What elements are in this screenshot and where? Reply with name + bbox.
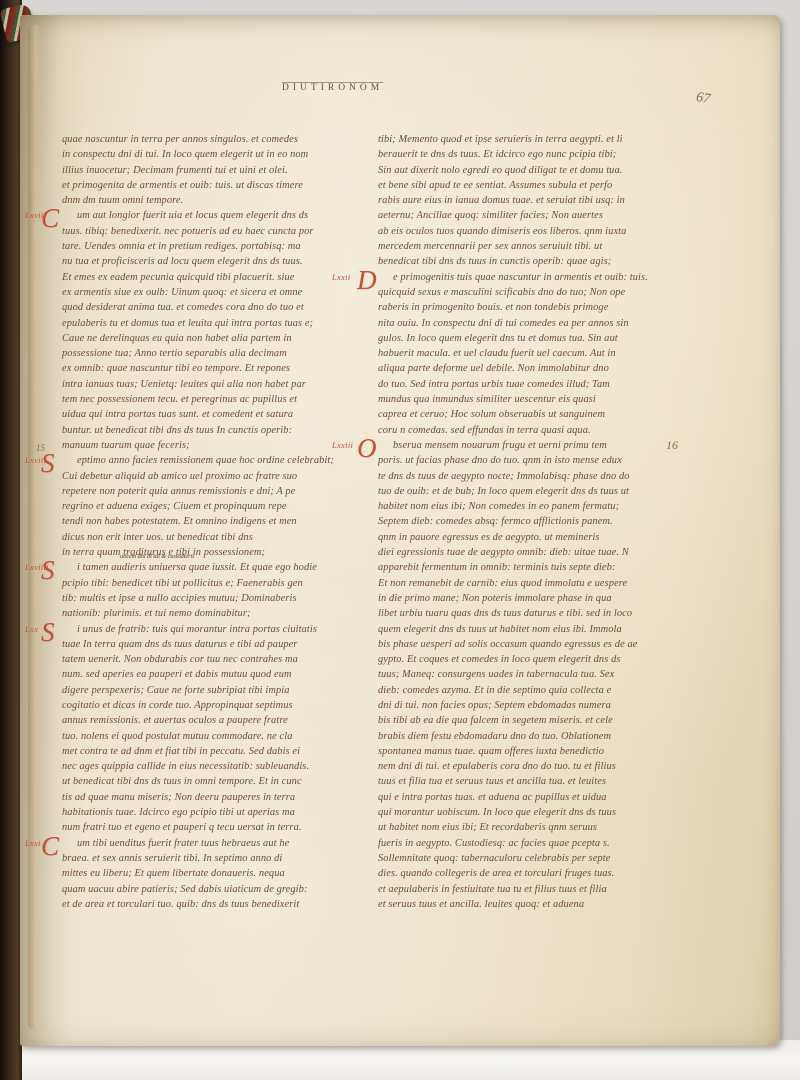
text-line: quae nascuntur in terra per annos singul…	[62, 132, 370, 147]
text-line: quam uacuu abire patieris; Sed dabis uia…	[62, 882, 370, 897]
text-line: in conspectu dni di tui. In loco quem el…	[62, 147, 370, 162]
text-line: do tuo. Sed intra portas urbis tuae come…	[378, 377, 692, 392]
text-block: quae nascuntur in terra per annos singul…	[62, 132, 370, 208]
text-line: nu tua et proficisceris ad locu quem ele…	[62, 254, 370, 269]
text-line: buntur. ut benedicat tibi dns ds tuus In…	[62, 423, 370, 438]
text-line: brabis diem festu ebdomadaru dno do tuo.…	[378, 729, 692, 744]
text-line: gulos. In loco quem elegerit dns tu et d…	[378, 331, 692, 346]
text-line: regrino et aduena exiges; Ciuem et propi…	[62, 499, 370, 514]
text-line: qnm in pauore egressus es de aegypto. ut…	[378, 530, 692, 545]
text-line: tuo de ouib: et de bub; In loco quem ele…	[378, 484, 692, 499]
chapter-numeral: Lxxii	[332, 272, 351, 282]
text-line: benedicat tibi dns ds tuus in cunctis op…	[378, 254, 692, 269]
book-binding	[0, 0, 22, 1080]
text-line: apparebit fermentum in omnib: terminis t…	[378, 560, 692, 575]
text-line: num fratri tuo et egeno et pauperi q tec…	[62, 820, 370, 835]
rubric-initial: S	[41, 557, 55, 584]
text-line: dies. quando collegeris de area et torcu…	[378, 866, 692, 881]
text-line: eptimo anno facies remissionem quae hoc …	[62, 453, 370, 468]
text-line: dicus non erit inter uos. ut benedicat t…	[62, 530, 370, 545]
text-block: LxxiiiO16bserua mensem nouarum frugu et …	[378, 438, 692, 912]
text-line: in die primo mane; Non poteris immolare …	[378, 591, 692, 606]
text-line: coru n comedas. sed effundas in terra qu…	[378, 423, 692, 438]
chapter-numeral: Lxx	[25, 624, 38, 634]
text-line: et primogenita de armentis et ouib: tuis…	[62, 178, 370, 193]
text-line: Sin aut dixerit nolo egredi eo quod dili…	[378, 163, 692, 178]
text-line: quicquid sexus e masculini scificabis dn…	[378, 285, 692, 300]
text-line: possessione tua; Anno tertio separabis a…	[62, 346, 370, 361]
rubric-initial: O	[357, 435, 377, 462]
text-line: tuus. tibiq: benedixerit. nec potueris a…	[62, 224, 370, 239]
pages-edge-bottom	[10, 1040, 800, 1080]
right-text-column: tibi; Memento quod et ipse seruieris in …	[378, 132, 692, 912]
text-block: LxxiCum tibi uenditus fuerit frater tuus…	[62, 836, 370, 912]
text-line: gypto. Et coques et comedes in loco quem…	[378, 652, 692, 667]
text-line: cogitatio et dicas in corde tuo. Appropi…	[62, 698, 370, 713]
text-line: tuus; Maneq: consurgens uades in taberna…	[378, 667, 692, 682]
text-line: quem elegerit dns ds tuus ut habitet nom…	[378, 622, 692, 637]
text-line: poris. ut facias phase dno do tuo. qnm i…	[378, 453, 692, 468]
text-line: num. sed aperies ea pauperi et dabis mut…	[62, 667, 370, 682]
text-line: tuo. nolens ei quod postulat mutuu commo…	[62, 729, 370, 744]
text-line: nita ouiu. In conspectu dni di tui comed…	[378, 316, 692, 331]
text-line: epulaberis tu et domus tua et leuita qui…	[62, 316, 370, 331]
text-line: Caue ne derelinquas eu quia non habet al…	[62, 331, 370, 346]
rubric-initial: D	[357, 267, 377, 294]
text-line: habitationis tuae. Idcirco ego pcipio ti…	[62, 805, 370, 820]
text-line: et bene sibi apud te ee sentiat. Assumes…	[378, 178, 692, 193]
text-line: diei egressionis tuae de aegypto omnib: …	[378, 545, 692, 560]
text-line: uidua qui intra portas tuas sunt. et com…	[62, 407, 370, 422]
text-line: tuus et filia tua et seruus tuus et anci…	[378, 774, 692, 789]
folio-number: 67	[695, 90, 712, 108]
text-line: dnm dm tuum omni tempore.	[62, 193, 370, 208]
text-line: mittes eu liberu; Et quem libertate dona…	[62, 866, 370, 881]
text-line: um tibi uenditus fuerit frater tuus hebr…	[62, 836, 370, 851]
text-line: manuum tuarum quae feceris;	[62, 438, 370, 453]
text-line: te dns ds tuus de aegypto nocte; Immolab…	[378, 469, 692, 484]
manuscript-photo: DIUTIRONOM 67 quae nascuntur in terra pe…	[0, 0, 800, 1080]
text-line: nationib: plurimis. et tui nemo dominabi…	[62, 606, 370, 621]
chapter-numeral: Lxxi	[25, 838, 41, 848]
text-line: spontanea manus tuae. quam offeres iuxta…	[378, 744, 692, 759]
text-line: tatem uenerit. Non obdurabis cor tuu nec…	[62, 652, 370, 667]
text-block: tibi; Memento quod et ipse seruieris in …	[378, 132, 692, 270]
text-line: tendi non habes potestatem. Et omnino in…	[62, 514, 370, 529]
text-line: qui e intra portas tuas. et aduena ac pu…	[378, 790, 692, 805]
text-line: et de area et torculari tuo. quib: dns d…	[62, 897, 370, 912]
text-line: repetere non poterit quia annus remissio…	[62, 484, 370, 499]
text-line: Et emes ex eadem pecunia quicquid tibi p…	[62, 270, 370, 285]
text-line: tuae In terra quam dns ds tuus daturus e…	[62, 637, 370, 652]
text-line: Cui debetur aliquid ab amico uel proximo…	[62, 469, 370, 484]
running-title: DIUTIRONOM	[282, 83, 383, 93]
text-line: Et non remanebit de carnib: eius quod im…	[378, 576, 692, 591]
text-line: raberis in primogenito bouis. et non ton…	[378, 300, 692, 315]
text-line: mundus qua inmundus similiter uescentur …	[378, 392, 692, 407]
manuscript-page: DIUTIRONOM 67 quae nascuntur in terra pe…	[20, 15, 780, 1046]
text-line: bis phase uesperi ad solis occasum quand…	[378, 637, 692, 652]
text-line: caprea et ceruo; Hoc solum obseruabis ut…	[378, 407, 692, 422]
text-line: bserua mensem nouarum frugu et uerni pri…	[378, 438, 692, 453]
text-line: Sollemnitate quoq: tabernaculoru celebra…	[378, 851, 692, 866]
text-block: LxviiiiSuocem dni di tui & custodierisi …	[62, 560, 370, 621]
text-line: nec ages quippia callide in eius necessi…	[62, 759, 370, 774]
text-line: mercedem mercennarii per sex annos serui…	[378, 239, 692, 254]
text-line: ex omnib: quae nascuntur tibi eo tempore…	[62, 361, 370, 376]
text-line: ab eis oculos tuos quando dimiseris eos …	[378, 224, 692, 239]
interlinear-gloss: uocem dni di tui & custodieris	[120, 553, 195, 560]
text-line: nem dni di tui. et epulaberis cora dno d…	[378, 759, 692, 774]
text-line: tare. Uendes omnia et in pretium rediges…	[62, 239, 370, 254]
text-block: LxxiiDe primogenitis tuis quae nascuntur…	[378, 270, 692, 438]
text-line: um aut longior fuerit uia et locus quem …	[62, 208, 370, 223]
chapter-number-annotation: 16	[666, 438, 678, 453]
text-line: met contra te ad dnm et fiat tibi in pec…	[62, 744, 370, 759]
rubric-initial: C	[41, 205, 59, 232]
text-line: tib: multis et ipse a nullo accipies mut…	[62, 591, 370, 606]
text-line: i unus de fratrib: tuis qui morantur int…	[62, 622, 370, 637]
rubric-initial: S	[41, 450, 55, 477]
text-line: fueris in aegypto. Custodiesq: ac facies…	[378, 836, 692, 851]
text-line: intra ianuas tuas; Uenietq: leuites qui …	[62, 377, 370, 392]
text-line: ut benedicat tibi dns ds tuus in omni te…	[62, 774, 370, 789]
rubric-initial: S	[41, 619, 55, 646]
text-line: quod desiderat anima tua. et comedes cor…	[62, 300, 370, 315]
text-line: in terra quam traditurus e tibi in posse…	[62, 545, 370, 560]
text-line: tem nec possessionem tecu. et peregrinus…	[62, 392, 370, 407]
text-line: pcipio tibi: benedicet tibi ut pollicitu…	[62, 576, 370, 591]
text-line: i tamen audieris uniuersa quae iussit. E…	[62, 560, 370, 575]
text-line: habitet nom eius ibi; Non comedes in eo …	[378, 499, 692, 514]
rubric-initial: C	[41, 833, 59, 860]
text-line: rabis aure eius in ianua domus tuae. et …	[378, 193, 692, 208]
text-line: annus remissionis. et auertas oculos a p…	[62, 713, 370, 728]
text-line: braea. et sex annis seruierit tibi. In s…	[62, 851, 370, 866]
text-line: libet urbiu tuaru quas dns ds tuus datur…	[378, 606, 692, 621]
text-line: aeternu; Ancillae quoq: similiter facies…	[378, 208, 692, 223]
text-line: et seruus tuus et ancilla. leuites quoq:…	[378, 897, 692, 912]
text-line: tibi; Memento quod et ipse seruieris in …	[378, 132, 692, 147]
text-line: e primogenitis tuis quae nascuntur in ar…	[378, 270, 692, 285]
text-line: et aepulaberis in festiuitate tua tu et …	[378, 882, 692, 897]
text-line: ex armentis siue ex ouib: Uinum quoq: et…	[62, 285, 370, 300]
text-line: tis ad quae manu miseris; Non deeru paup…	[62, 790, 370, 805]
text-line: qui morantur uobiscum. In loco que elege…	[378, 805, 692, 820]
text-line: digere perspexeris; Caue ne forte subrip…	[62, 683, 370, 698]
text-line: Septem dieb: comedes absq: fermco afflic…	[378, 514, 692, 529]
text-line: ut habitet nom eius ibi; Et recordaberis…	[378, 820, 692, 835]
text-block: Lxviii15Septimo anno facies remissionem …	[62, 453, 370, 560]
text-block: LxviiCum aut longior fuerit uia et locus…	[62, 208, 370, 453]
text-line: illius inuocetur; Decimam frumenti tui e…	[62, 163, 370, 178]
text-line: bis tibi ab ea die qua falcem in segetem…	[378, 713, 692, 728]
gutter-fold	[28, 25, 42, 1030]
text-block: LxxSi unus de fratrib: tuis qui morantur…	[62, 622, 370, 836]
text-line: habuerit macula. et uel claudu fuerit ue…	[378, 346, 692, 361]
text-line: aliqua parte deforme uel debile. Non imm…	[378, 361, 692, 376]
left-text-column: quae nascuntur in terra per annos singul…	[62, 132, 370, 912]
text-line: berauerit te dns ds tuus. Et idcirco ego…	[378, 147, 692, 162]
text-line: dieb: comedes azyma. Et in die septimo q…	[378, 683, 692, 698]
chapter-numeral: Lxxiii	[332, 440, 353, 450]
text-line: dni di tui. non facies opus; Septem ebdo…	[378, 698, 692, 713]
